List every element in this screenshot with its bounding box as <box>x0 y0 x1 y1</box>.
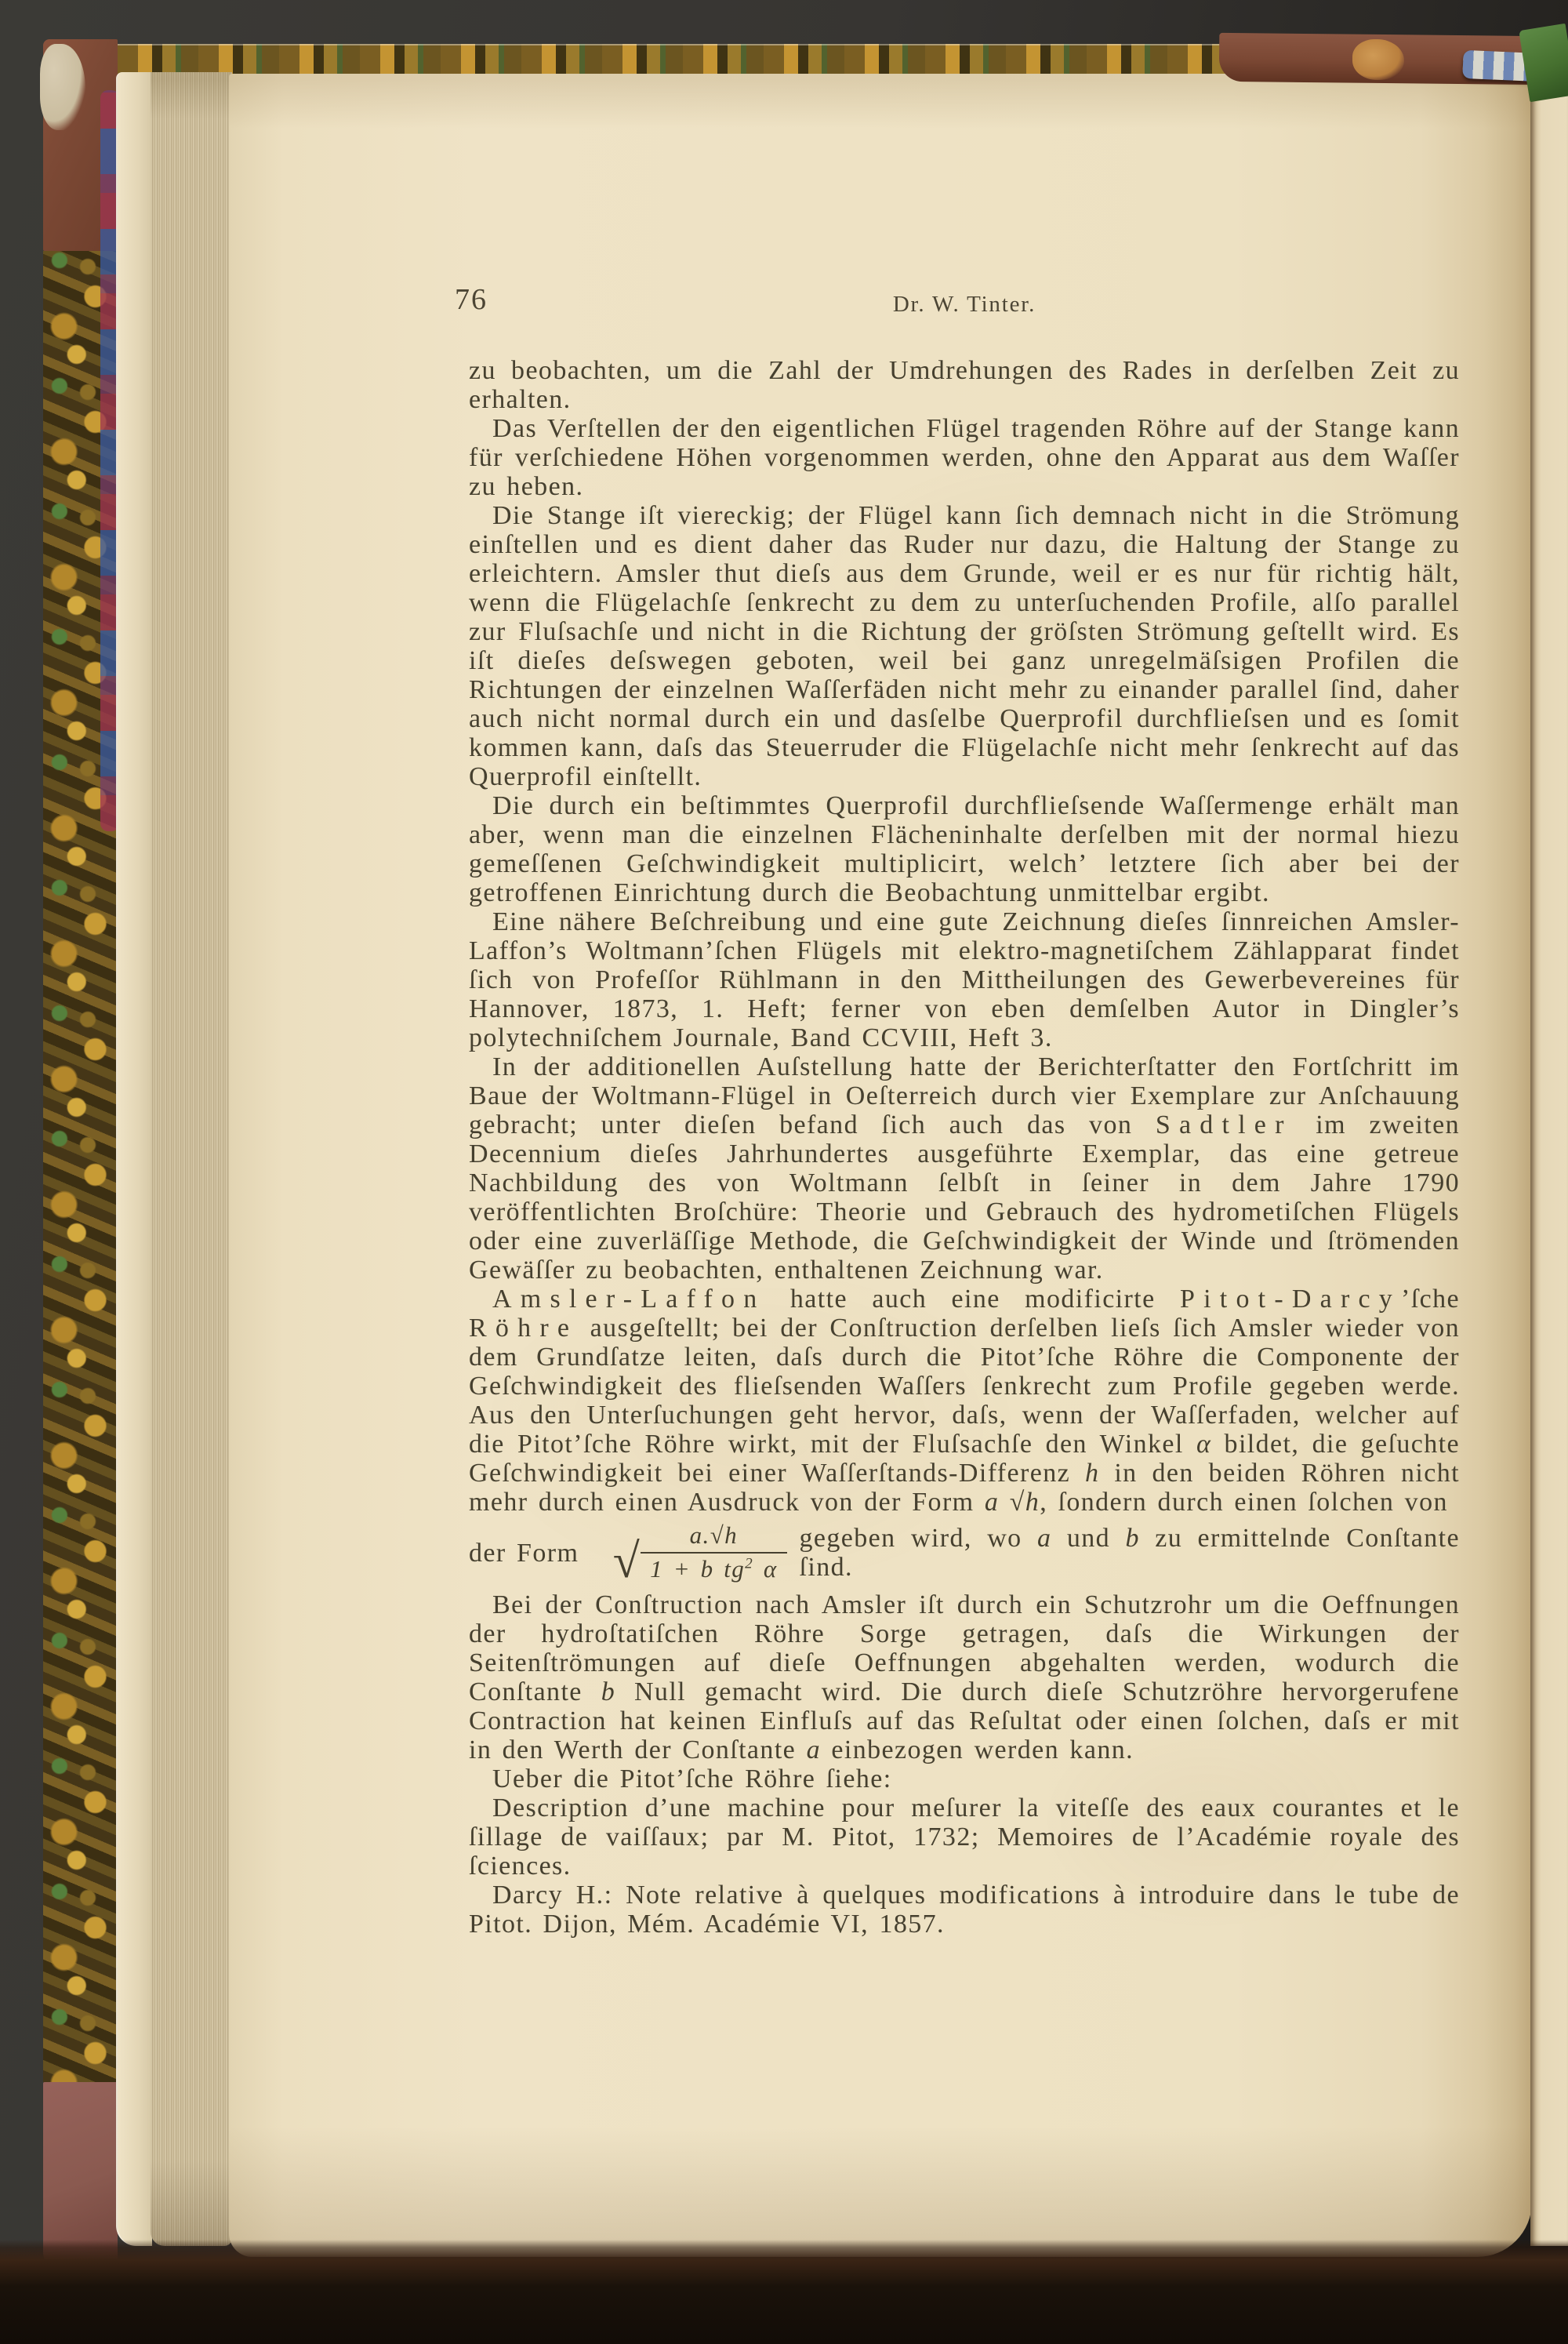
text-segment: Die durch ein beſtimmtes Querprofil durc… <box>469 791 1460 907</box>
text-segment: einbezogen werden kann. <box>821 1735 1134 1764</box>
text-segment: α <box>1196 1430 1211 1459</box>
text-segment: Darcy H.: Note relative à quelques modif… <box>469 1881 1460 1939</box>
paragraph: Bei der Conſtruction nach Amsler iſt dur… <box>469 1590 1460 1764</box>
paragraphs-after-formula: Bei der Conſtruction nach Amsler iſt dur… <box>469 1590 1460 1939</box>
text-column: zu beobachten, um die Zahl der Umdrehung… <box>469 356 1460 1939</box>
text-segment: Das Verſtellen der den eigentlichen Flüg… <box>469 414 1460 501</box>
formula-denominator: 1 + b tg2 α <box>641 1552 786 1583</box>
paragraph: zu beobachten, um die Zahl der Umdrehung… <box>469 356 1460 414</box>
text-segment: a <box>985 1488 999 1517</box>
text-segment: √ <box>999 1488 1025 1517</box>
text-segment: ’ſche <box>1401 1285 1460 1314</box>
text-segment: b <box>601 1677 615 1706</box>
worn-leather-patch <box>1352 39 1404 80</box>
formula-fraction: a.√h 1 + b tg2 α <box>641 1522 786 1583</box>
text-segment: Eine nähere Beſchreibung und eine gute Z… <box>469 907 1460 1052</box>
bottom-shadow-strip <box>0 2240 1568 2344</box>
paragraph: Eine nähere Beſchreibung und eine gute Z… <box>469 907 1460 1052</box>
tail-text-1: gegeben wird, wo <box>800 1524 1038 1553</box>
denominator-alpha: α <box>753 1555 777 1583</box>
denominator-b: b <box>701 1555 714 1583</box>
text-segment: Description d’une machine pour meſurer l… <box>469 1793 1460 1881</box>
numerator-radical: √ <box>710 1521 724 1549</box>
paragraph: Description d’une machine pour meſurer l… <box>469 1793 1460 1881</box>
denominator-exponent: 2 <box>745 1556 753 1572</box>
adjacent-page-gutter <box>1530 82 1568 2246</box>
paragraph: Darcy H.: Note relative à quelques modif… <box>469 1881 1460 1939</box>
tail-text-2: und <box>1051 1524 1125 1553</box>
paragraph: Die Stange iſt viereckig; der Flügel kan… <box>469 501 1460 791</box>
text-segment: Ueber die Pitot’ſche Röhre ſiehe: <box>492 1764 892 1793</box>
formula-numerator: a.√h <box>641 1522 786 1552</box>
tail-var-a: a <box>1037 1524 1051 1553</box>
paragraph: Amsler-Laffon hatte auch eine modificirt… <box>469 1285 1460 1517</box>
paragraph: Ueber die Pitot’ſche Röhre ſiehe: <box>469 1764 1460 1793</box>
text-segment: Pitot-Darcy <box>1180 1285 1401 1314</box>
denominator-constant: 1 + <box>650 1555 701 1583</box>
formula-line: der Form √ a.√h 1 + b tg2 α gegeben wird… <box>469 1521 1460 1584</box>
text-segment: Sadtler <box>1156 1110 1293 1139</box>
tail-var-b: b <box>1125 1524 1139 1553</box>
text-segment: h <box>1085 1459 1099 1488</box>
fore-edge-striations <box>151 72 232 2246</box>
text-segment: a <box>807 1735 821 1764</box>
text-segment: h <box>1025 1488 1040 1517</box>
fore-edge-flat <box>116 72 152 2246</box>
numerator-variable: h <box>724 1521 738 1549</box>
text-segment: , ſondern durch einen ſolchen von <box>1040 1488 1448 1517</box>
numerator-coefficient: a. <box>690 1521 710 1549</box>
page-block-fore-edge <box>116 72 232 2246</box>
paragraph: In der additionellen Auſstellung hatte d… <box>469 1052 1460 1285</box>
radical-sign: √ <box>613 1537 641 1586</box>
text-segment: Amsler-Laffon <box>492 1285 765 1314</box>
text-segment: zu beobachten, um die Zahl der Umdrehung… <box>469 356 1460 414</box>
formula-lead: der Form <box>469 1539 590 1568</box>
paragraph: Das Verſtellen der den eigentlichen Flüg… <box>469 414 1460 501</box>
paragraphs-before-formula: zu beobachten, um die Zahl der Umdrehung… <box>469 356 1460 1517</box>
running-title: Dr. W. Tinter. <box>469 292 1460 318</box>
text-segment: hatte auch eine modificirte <box>765 1285 1180 1314</box>
text-segment: Röhre <box>469 1314 578 1343</box>
paragraph: Die durch ein beſtimmtes Querprofil durc… <box>469 791 1460 907</box>
book-page: 76 Dr. W. Tinter. zu beobachten, um die … <box>229 74 1532 2257</box>
denominator-tg: tg <box>714 1555 746 1583</box>
cover-corner-tear <box>40 44 85 130</box>
text-segment: Die Stange iſt viereckig; der Flügel kan… <box>469 501 1460 791</box>
formula-tail: gegeben wird, wo a und b zu ermittelnde … <box>800 1524 1461 1582</box>
